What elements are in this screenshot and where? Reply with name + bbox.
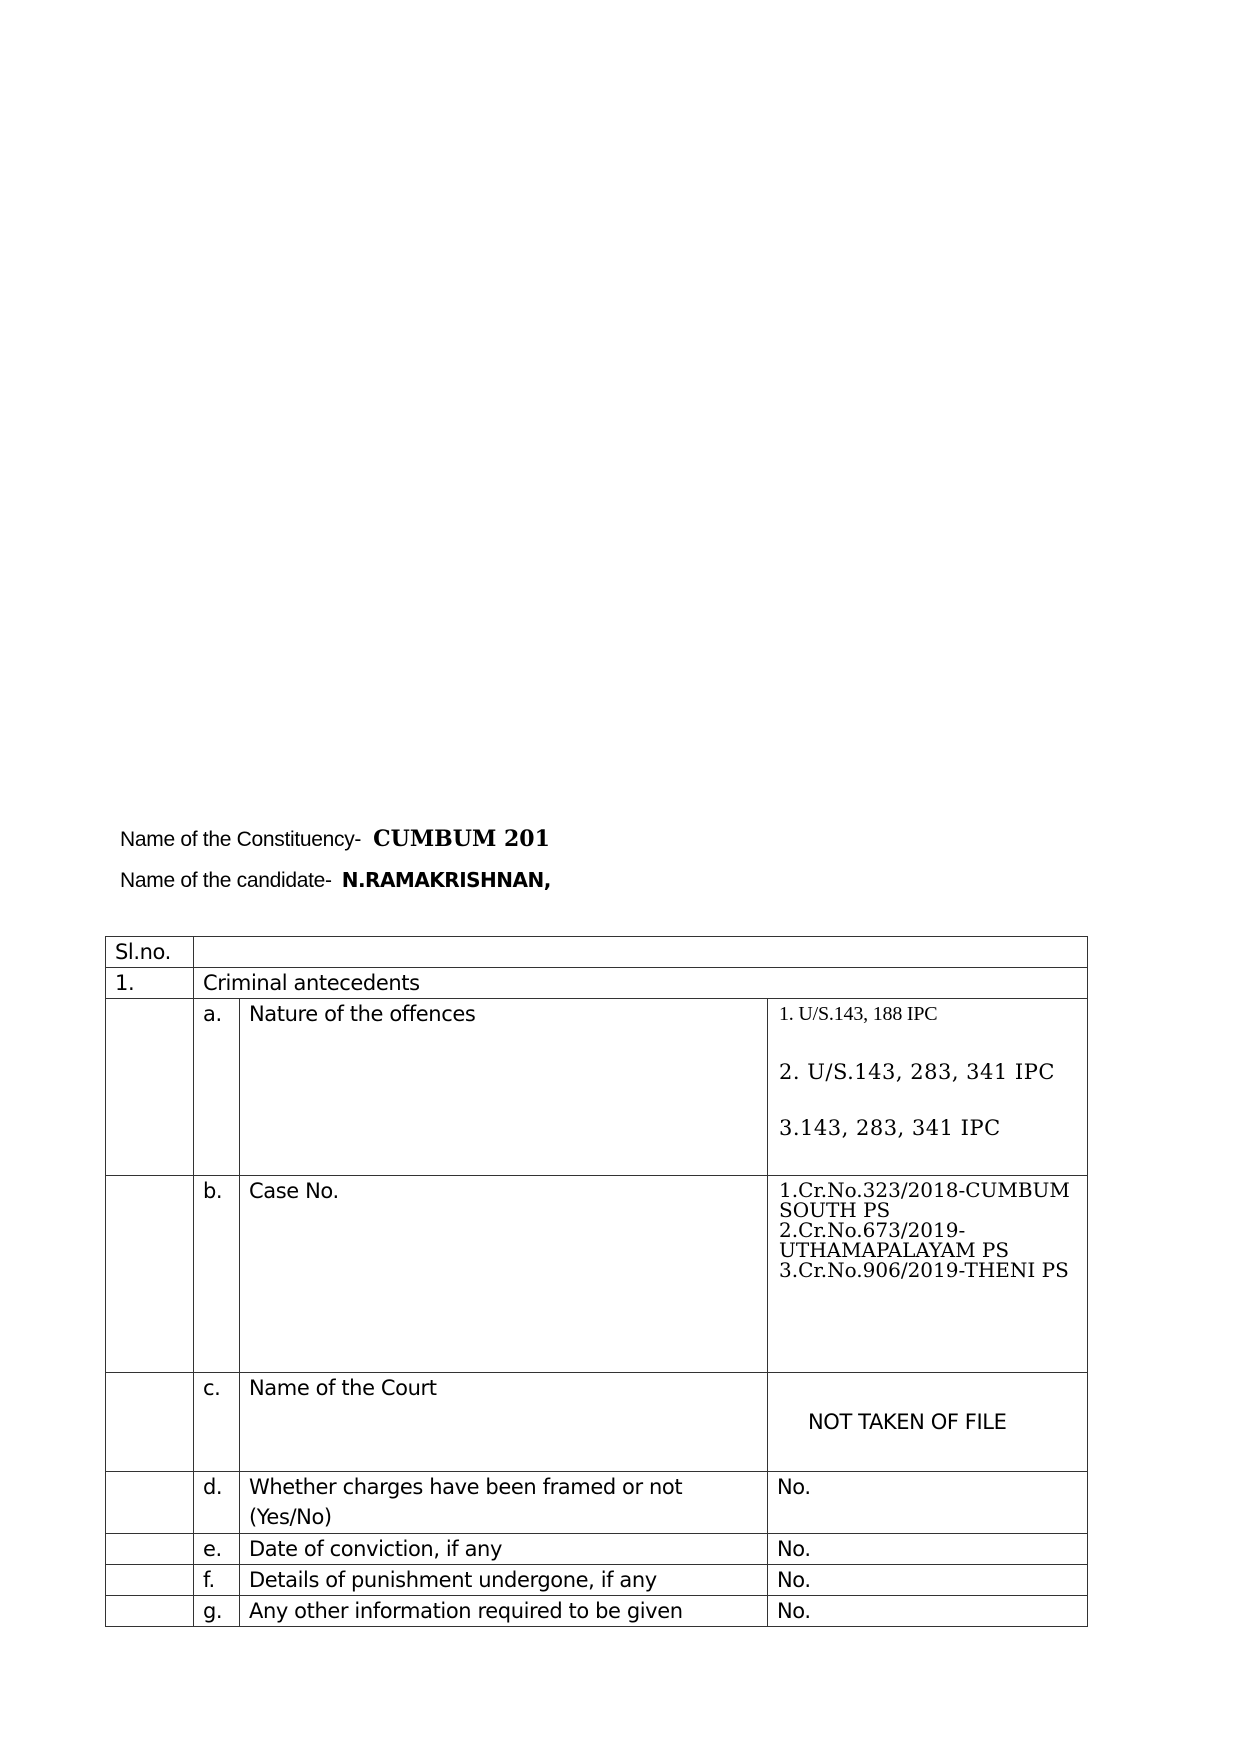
row-label: Date of conviction, if any (240, 1534, 768, 1565)
row-label: Details of punishment undergone, if any (240, 1565, 768, 1596)
offence-item: 2. U/S.143, 283, 341 IPC (779, 1058, 1087, 1087)
row-label: Any other information required to be giv… (240, 1596, 768, 1627)
slno-header: Sl.no. (106, 937, 194, 968)
empty-cell (106, 999, 194, 1176)
row-letter: d. (194, 1472, 240, 1534)
row-label: Nature of the offences (240, 999, 768, 1176)
empty-cell (106, 1596, 194, 1627)
candidate-line: Name of the candidate-N.RAMAKRISHNAN, (120, 868, 551, 893)
header-blank-cell (194, 937, 1088, 968)
table-row: g. Any other information required to be … (106, 1596, 1088, 1627)
constituency-value: CUMBUM 201 (373, 826, 550, 852)
court-cell: NOT TAKEN OF FILE (768, 1373, 1088, 1472)
candidate-value: N.RAMAKRISHNAN, (342, 868, 551, 892)
candidate-label: Name of the candidate- (120, 869, 332, 892)
row-letter: b. (194, 1176, 240, 1373)
case-numbers-cell: 1.Cr.No.323/2018-CUMBUM SOUTH PS 2.Cr.No… (768, 1176, 1088, 1373)
row-label: Case No. (240, 1176, 768, 1373)
table-row: c. Name of the Court NOT TAKEN OF FILE (106, 1373, 1088, 1472)
row-label: Whether charges have been framed or not … (240, 1472, 768, 1534)
empty-cell (106, 1472, 194, 1534)
offences-cell: 1. U/S.143, 188 IPC 2. U/S.143, 283, 341… (768, 999, 1088, 1176)
section-number: 1. (106, 968, 194, 999)
row-letter: c. (194, 1373, 240, 1472)
table-row: a. Nature of the offences 1. U/S.143, 18… (106, 999, 1088, 1176)
row-letter: a. (194, 999, 240, 1176)
case-item: 2.Cr.No.673/2019-UTHAMAPALAYAM PS (779, 1220, 1087, 1260)
table-row: d. Whether charges have been framed or n… (106, 1472, 1088, 1534)
row-letter: f. (194, 1565, 240, 1596)
empty-cell (106, 1176, 194, 1373)
row-value: No. (768, 1534, 1088, 1565)
constituency-label: Name of the Constituency- (120, 828, 361, 851)
table-row: f. Details of punishment undergone, if a… (106, 1565, 1088, 1596)
row-letter: g. (194, 1596, 240, 1627)
row-value: No. (768, 1596, 1088, 1627)
offence-item: 3.143, 283, 341 IPC (779, 1116, 1087, 1140)
row-value: No. (768, 1565, 1088, 1596)
empty-cell (106, 1565, 194, 1596)
section-row: 1. Criminal antecedents (106, 968, 1088, 999)
case-item: 3.Cr.No.906/2019-THENI PS (779, 1260, 1087, 1280)
empty-cell (106, 1534, 194, 1565)
row-letter: e. (194, 1534, 240, 1565)
offence-item: 1. U/S.143, 188 IPC (779, 1003, 1087, 1025)
row-value: No. (768, 1472, 1088, 1534)
empty-cell (106, 1373, 194, 1472)
table-row: b. Case No. 1.Cr.No.323/2018-CUMBUM SOUT… (106, 1176, 1088, 1373)
table-row: e. Date of conviction, if any No. (106, 1534, 1088, 1565)
table-header-row: Sl.no. (106, 937, 1088, 968)
constituency-line: Name of the Constituency-CUMBUM 201 (120, 826, 550, 852)
row-label: Name of the Court (240, 1373, 768, 1472)
section-title: Criminal antecedents (194, 968, 1088, 999)
case-item: 1.Cr.No.323/2018-CUMBUM SOUTH PS (779, 1180, 1087, 1220)
court-value: NOT TAKEN OF FILE (768, 1407, 1087, 1437)
criminal-antecedents-table: Sl.no. 1. Criminal antecedents a. Nature… (105, 936, 1088, 1627)
